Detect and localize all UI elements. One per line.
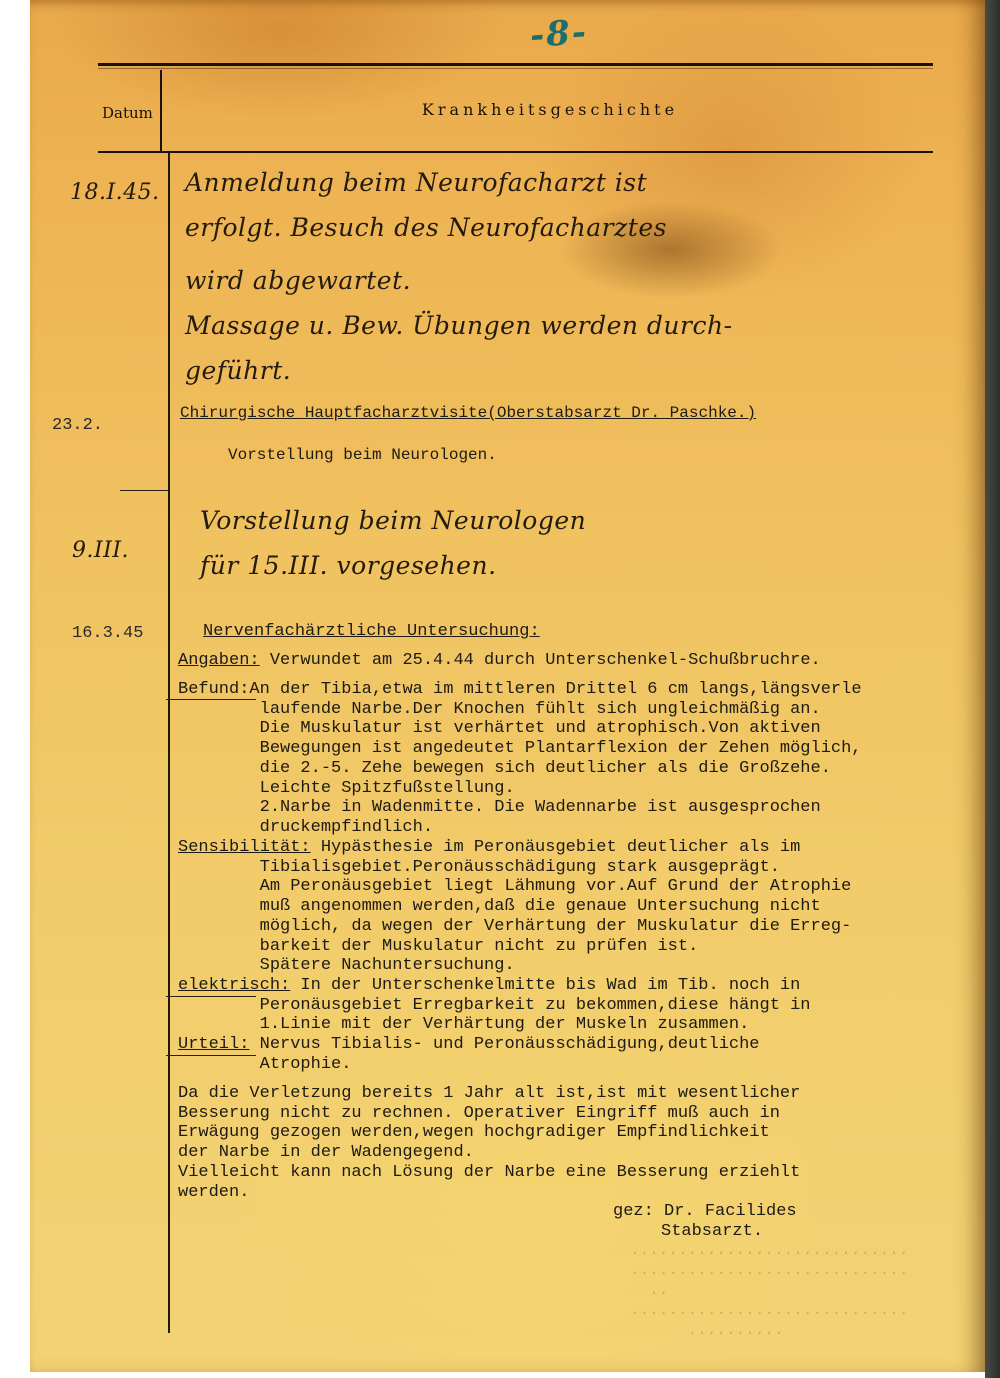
- section-angaben: Angaben: Verwundet am 25.4.44 durch Unte…: [178, 651, 821, 671]
- section-sensibilitaet: Sensibilität: Hypästhesie im Peronäusgeb…: [178, 838, 851, 976]
- entry-date: 9.III.: [72, 528, 129, 573]
- section-befund: Befund:An der Tibia,etwa im mittleren Dr…: [178, 680, 862, 838]
- date-column-divider: [168, 153, 170, 1333]
- signature-name: gez: Dr. Facilides: [613, 1202, 797, 1222]
- scan-edge: [985, 0, 1000, 1378]
- entry-date: 16.3.45: [72, 624, 143, 643]
- header-top-rule-thin: [98, 68, 933, 69]
- section-label: Angaben:: [178, 651, 260, 670]
- section-text: Verwundet am 25.4.44 durch Unterschenkel…: [260, 651, 821, 670]
- signature: gez: Dr. FacilidesStabsarzt.: [613, 1202, 797, 1241]
- handwritten-entry: Vorstellung beim Neurologen für 15.III. …: [200, 498, 586, 588]
- handwritten-line: für 15.III. vorgesehen.: [200, 543, 586, 588]
- handwritten-line: erfolgt. Besuch des Neurofacharztes: [185, 205, 733, 250]
- date-column-header: Datum: [102, 104, 153, 122]
- page-number: -8-: [529, 12, 590, 56]
- bleed-through-text: ............................. ..........…: [630, 1240, 908, 1340]
- entry-text: Vorstellung beim Neurologen.: [228, 446, 497, 466]
- section-label: Sensibilität:: [178, 838, 311, 857]
- handwritten-line: Anmeldung beim Neurofacharzt ist: [185, 160, 733, 205]
- entry-heading: Chirurgische Hauptfacharztvisite(Obersta…: [180, 404, 756, 424]
- row-divider: [166, 1055, 256, 1056]
- entry-date: 23.2.: [52, 416, 103, 435]
- entry-heading: Nervenfachärztliche Untersuchung:: [203, 622, 540, 642]
- document-title: Krankheitsgeschichte: [300, 100, 800, 119]
- conclusion: Da die Verletzung bereits 1 Jahr alt ist…: [178, 1084, 800, 1202]
- header-top-rule: [98, 63, 933, 66]
- header-bottom-rule: [98, 151, 933, 153]
- header-column-divider: [160, 70, 162, 152]
- signature-title: Stabsarzt.: [613, 1222, 797, 1242]
- section-label: Befund:: [178, 680, 249, 699]
- row-divider: [166, 699, 256, 700]
- entry-date: 18.I.45.: [70, 170, 160, 215]
- handwritten-line: Vorstellung beim Neurologen: [200, 498, 586, 543]
- handwritten-line: wird abgewartet.: [185, 258, 733, 303]
- section-elektrisch: elektrisch: In der Unterschenkelmitte bi…: [178, 976, 811, 1035]
- section-label: Urteil:: [178, 1035, 249, 1054]
- handwritten-line: Massage u. Bew. Übungen werden durch-: [185, 303, 733, 348]
- section-urteil: Urteil: Nervus Tibialis- und Peronäussch…: [178, 1035, 760, 1074]
- row-divider: [120, 490, 170, 491]
- section-label: elektrisch:: [178, 976, 290, 995]
- row-divider: [166, 996, 256, 997]
- handwritten-entry: Anmeldung beim Neurofacharzt ist erfolgt…: [185, 160, 733, 393]
- handwritten-line: geführt.: [185, 348, 733, 393]
